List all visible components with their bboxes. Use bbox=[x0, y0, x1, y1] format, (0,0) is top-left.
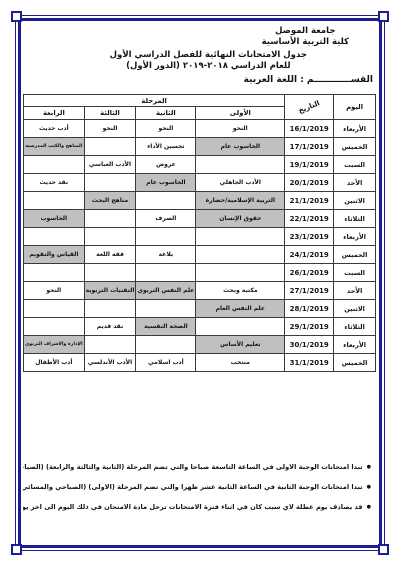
stage-subheader: الثالثة bbox=[84, 107, 136, 120]
note-text: تبدأ امتحانات الوجبة الثانية في الساعة ا… bbox=[23, 484, 363, 491]
university-name: جامعة الموصل bbox=[262, 26, 349, 37]
table-row: السبت26/1/2019 bbox=[24, 264, 376, 282]
day-cell: الأحد bbox=[334, 282, 376, 300]
bullet-icon: ● bbox=[367, 484, 371, 490]
subject-cell: أدب الأطفال bbox=[24, 354, 85, 372]
subject-cell bbox=[24, 300, 85, 318]
subject-cell: النحو bbox=[196, 120, 285, 138]
day-column-header: اليوم bbox=[334, 95, 376, 120]
note-item: ●تبدأ امتحانات الوجبة الثانية في الساعة … bbox=[23, 484, 371, 492]
subject-cell: فقه اللغة bbox=[84, 246, 136, 264]
department-value: اللغة العربية bbox=[244, 75, 297, 85]
date-cell: 29/1/2019 bbox=[285, 318, 334, 336]
day-cell: الخميس bbox=[334, 138, 376, 156]
subject-cell bbox=[84, 138, 136, 156]
department-line: القســــــــــــم : اللغة العربية bbox=[244, 75, 373, 85]
table-row: الأحد27/1/2019مكتبة وبحثعلم النفس التربو… bbox=[24, 282, 376, 300]
date-header-rotated-label: التاريخ bbox=[297, 99, 321, 115]
stage-subheader: الثانية bbox=[136, 107, 196, 120]
date-cell: 17/1/2019 bbox=[285, 138, 334, 156]
subject-cell: أدب اسلامي bbox=[136, 354, 196, 372]
subject-cell bbox=[136, 264, 196, 282]
date-cell: 23/1/2019 bbox=[285, 228, 334, 246]
subject-cell bbox=[84, 228, 136, 246]
stage-subheader: الأولى bbox=[196, 107, 285, 120]
subject-cell: القياس والتقويم bbox=[24, 246, 85, 264]
date-cell: 30/1/2019 bbox=[285, 336, 334, 354]
stage-group-header: المرحلة bbox=[24, 95, 285, 107]
date-cell: 16/1/2019 bbox=[285, 120, 334, 138]
subject-cell: الأدب الأندلسي bbox=[84, 354, 136, 372]
date-cell: 24/1/2019 bbox=[285, 246, 334, 264]
subject-cell bbox=[24, 264, 85, 282]
subject-cell bbox=[136, 300, 196, 318]
day-cell: الاثنين bbox=[334, 192, 376, 210]
table-row: الخميس31/1/2019منتخبأدب اسلاميالأدب الأن… bbox=[24, 354, 376, 372]
subject-cell: الحاسوب عام bbox=[136, 174, 196, 192]
day-cell: السبت bbox=[334, 264, 376, 282]
day-cell: الثلاثاء bbox=[334, 210, 376, 228]
corner-ornament-top-right bbox=[378, 11, 389, 22]
subject-cell bbox=[24, 228, 85, 246]
date-cell: 21/1/2019 bbox=[285, 192, 334, 210]
table-row: الثلاثاء29/1/2019الصحة النفسيةنقد قديم bbox=[24, 318, 376, 336]
exam-schedule-table: اليوم التاريخ المرحلة الأولىالثانيةالثال… bbox=[23, 94, 376, 372]
subject-cell: الصرف bbox=[136, 210, 196, 228]
subject-cell bbox=[84, 210, 136, 228]
date-cell: 22/1/2019 bbox=[285, 210, 334, 228]
day-cell: الاثنين bbox=[334, 300, 376, 318]
subject-cell: تحسين الأداء bbox=[136, 138, 196, 156]
subject-cell bbox=[136, 228, 196, 246]
subject-cell bbox=[84, 264, 136, 282]
subject-cell bbox=[196, 228, 285, 246]
table-row: الخميس24/1/2019بلاغةفقه اللغةالقياس والت… bbox=[24, 246, 376, 264]
subject-cell bbox=[84, 336, 136, 354]
table-row: الأحد20/1/2019الأدب الجاهليالحاسوب عامنق… bbox=[24, 174, 376, 192]
table-row: الأربعاء23/1/2019 bbox=[24, 228, 376, 246]
subject-cell: الأدب الجاهلي bbox=[196, 174, 285, 192]
subject-cell: الإدارة والاشراف التربوي bbox=[24, 336, 85, 354]
subject-cell: الأدب العباسي bbox=[84, 156, 136, 174]
date-cell: 20/1/2019 bbox=[285, 174, 334, 192]
subject-cell: منتخب bbox=[196, 354, 285, 372]
date-cell: 28/1/2019 bbox=[285, 300, 334, 318]
day-cell: الأحد bbox=[334, 174, 376, 192]
subject-cell: بلاغة bbox=[136, 246, 196, 264]
subject-cell: النحو bbox=[24, 282, 85, 300]
subject-cell bbox=[136, 336, 196, 354]
college-name: كلية التربية الأساسية bbox=[262, 37, 349, 48]
table-row: الثلاثاء22/1/2019حقوق الإنسانالصرفالحاسو… bbox=[24, 210, 376, 228]
day-cell: الأربعاء bbox=[334, 120, 376, 138]
subject-cell: الحاسوب عام bbox=[196, 138, 285, 156]
table-row: الاثنين21/1/2019التربية الإسلامية/حضارةم… bbox=[24, 192, 376, 210]
subject-cell: علم النفس العام bbox=[196, 300, 285, 318]
subject-cell bbox=[196, 156, 285, 174]
subject-cell: نقد قديم bbox=[84, 318, 136, 336]
notes-list: ●تبدأ امتحانات الوجبة الأولى في الساعة ا… bbox=[23, 464, 371, 524]
subject-cell: حقوق الإنسان bbox=[196, 210, 285, 228]
date-cell: 26/1/2019 bbox=[285, 264, 334, 282]
schedule-title: جدول الامتحانات النهائية للفصل الدراسي ا… bbox=[110, 50, 307, 61]
subject-cell: التقنيات التربوية bbox=[84, 282, 136, 300]
day-cell: الأربعاء bbox=[334, 228, 376, 246]
table-row: الاثنين28/1/2019علم النفس العام bbox=[24, 300, 376, 318]
subject-cell: عروض bbox=[136, 156, 196, 174]
subject-cell: علم النفس التربوي bbox=[136, 282, 196, 300]
subject-cell bbox=[84, 300, 136, 318]
subject-cell bbox=[196, 246, 285, 264]
subject-cell bbox=[196, 318, 285, 336]
day-cell: الخميس bbox=[334, 354, 376, 372]
letterhead: جامعة الموصل كلية التربية الأساسية bbox=[262, 26, 349, 48]
day-cell: الأربعاء bbox=[334, 336, 376, 354]
subject-cell: أدب حديث bbox=[24, 120, 85, 138]
subject-cell bbox=[196, 264, 285, 282]
table-row: الأربعاء30/1/2019تعليم الأساسالإدارة وال… bbox=[24, 336, 376, 354]
subject-cell: مكتبة وبحث bbox=[196, 282, 285, 300]
subject-cell bbox=[24, 156, 85, 174]
department-label: القســــــــــــم : bbox=[300, 75, 373, 85]
document-page: جامعة الموصل كلية التربية الأساسية جدول … bbox=[0, 0, 400, 566]
note-item: ●تبدأ امتحانات الوجبة الأولى في الساعة ا… bbox=[23, 464, 371, 472]
subject-cell bbox=[84, 174, 136, 192]
bullet-icon: ● bbox=[367, 504, 371, 510]
note-item: ●قد يصادف يوم عطلة لأي سبب كان في اثناء … bbox=[23, 504, 371, 512]
subject-cell: نقد حديث bbox=[24, 174, 85, 192]
subject-cell: النحو bbox=[136, 120, 196, 138]
date-cell: 27/1/2019 bbox=[285, 282, 334, 300]
bullet-icon: ● bbox=[367, 464, 371, 470]
subject-cell: النحو bbox=[84, 120, 136, 138]
schedule-subtitle: للعام الدراسي ٢٠١٨-٢٠١٩ (الدور الأول) bbox=[110, 61, 307, 72]
date-cell: 31/1/2019 bbox=[285, 354, 334, 372]
note-text: قد يصادف يوم عطلة لأي سبب كان في اثناء ف… bbox=[23, 504, 363, 511]
subject-cell: المناهج والكتب المدرسية bbox=[24, 138, 85, 156]
subject-cell bbox=[136, 192, 196, 210]
corner-ornament-bottom-right bbox=[378, 544, 389, 555]
table-row: الأربعاء16/1/2019النحوالنحوالنحوأدب حديث bbox=[24, 120, 376, 138]
table-row: السبت19/1/2019عروضالأدب العباسي bbox=[24, 156, 376, 174]
corner-ornament-bottom-left bbox=[11, 544, 22, 555]
day-cell: الثلاثاء bbox=[334, 318, 376, 336]
day-cell: السبت bbox=[334, 156, 376, 174]
subject-cell bbox=[24, 192, 85, 210]
table-row: الخميس17/1/2019الحاسوب عامتحسين الأداءال… bbox=[24, 138, 376, 156]
schedule-title-block: جدول الامتحانات النهائية للفصل الدراسي ا… bbox=[110, 50, 307, 72]
subject-cell: الحاسوب bbox=[24, 210, 85, 228]
date-column-header: التاريخ bbox=[285, 95, 334, 120]
subject-cell: الصحة النفسية bbox=[136, 318, 196, 336]
day-cell: الخميس bbox=[334, 246, 376, 264]
header-row-top: اليوم التاريخ المرحلة bbox=[24, 95, 376, 107]
corner-ornament-top-left bbox=[11, 11, 22, 22]
page-content: جامعة الموصل كلية التربية الأساسية جدول … bbox=[23, 23, 377, 543]
subject-cell bbox=[24, 318, 85, 336]
exam-table-body: الأربعاء16/1/2019النحوالنحوالنحوأدب حديث… bbox=[24, 120, 376, 372]
stage-subheader: الرابعة bbox=[24, 107, 85, 120]
subject-cell: التربية الإسلامية/حضارة bbox=[196, 192, 285, 210]
note-text: تبدأ امتحانات الوجبة الأولى في الساعة ال… bbox=[23, 464, 363, 471]
subject-cell: مناهج البحث bbox=[84, 192, 136, 210]
subject-cell: تعليم الأساس bbox=[196, 336, 285, 354]
date-cell: 19/1/2019 bbox=[285, 156, 334, 174]
